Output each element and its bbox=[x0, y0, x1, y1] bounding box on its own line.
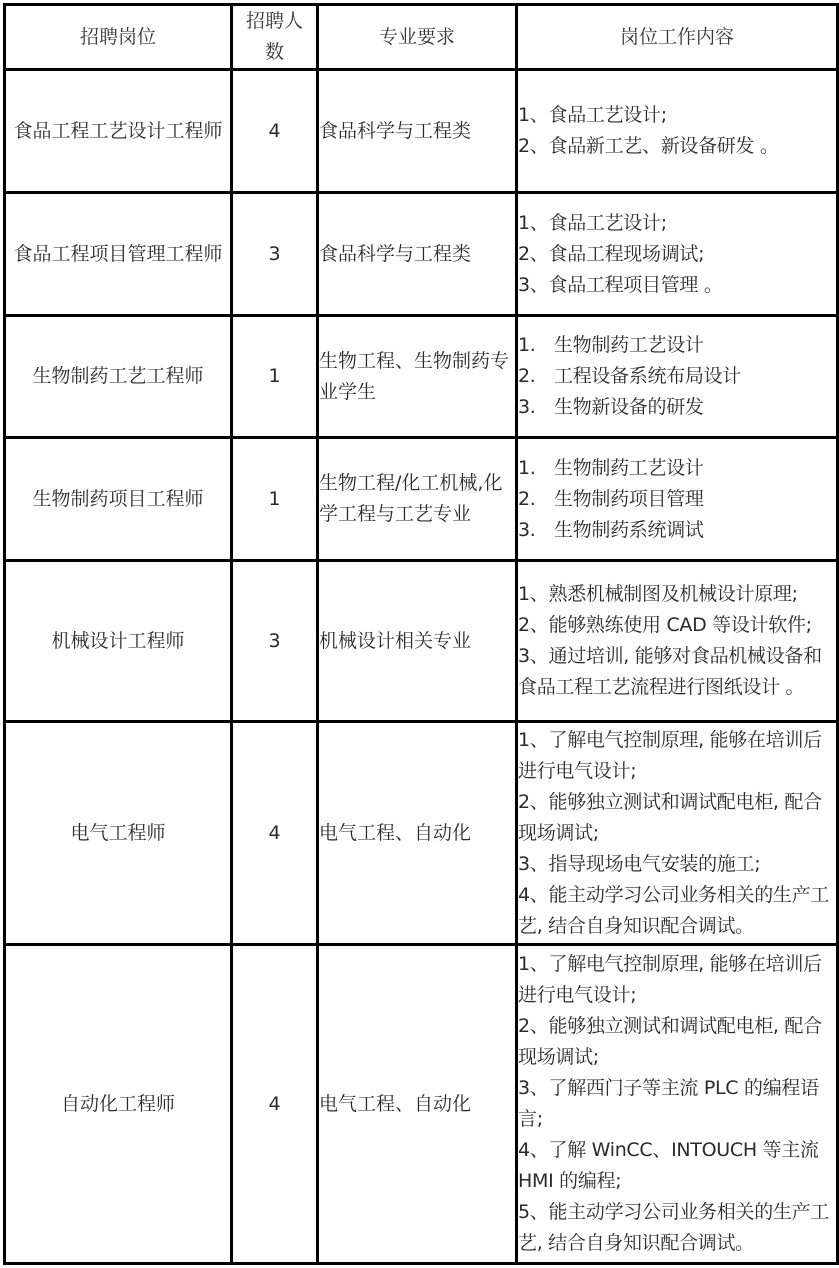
major-cell: 生物工程/化工机械,化学工程与工艺专业 bbox=[318, 438, 517, 561]
position-cell: 机械设计工程师 bbox=[5, 561, 232, 722]
table-row: 生物制药工艺工程师 1 生物工程、生物制药专业学生 1.生物制药工艺设计 2.工… bbox=[5, 316, 838, 438]
table-row: 机械设计工程师 3 机械设计相关专业 1、熟悉机械制图及机械设计原理; 2、能够… bbox=[5, 561, 838, 722]
header-duties: 岗位工作内容 bbox=[517, 5, 838, 70]
duty-text: 食品工艺设计; bbox=[549, 212, 667, 234]
duty-number: 2. bbox=[518, 484, 554, 515]
duty-number: 4、 bbox=[518, 880, 549, 911]
duty-text: 食品新工艺、新设备研发 。 bbox=[549, 135, 779, 157]
count-cell: 3 bbox=[232, 193, 318, 316]
table-row: 自动化工程师 4 电气工程、自动化 1、了解电气控制原理, 能够在培训后进行电气… bbox=[5, 945, 838, 1264]
duty-item: 3.生物新设备的研发 bbox=[518, 392, 836, 423]
duty-number: 3、 bbox=[518, 641, 549, 672]
duty-number: 3、 bbox=[518, 1073, 549, 1104]
header-position: 招聘岗位 bbox=[5, 5, 232, 70]
header-row: 招聘岗位 招聘人数 专业要求 岗位工作内容 bbox=[5, 5, 838, 70]
table-row: 电气工程师 4 电气工程、自动化 1、了解电气控制原理, 能够在培训后进行电气设… bbox=[5, 722, 838, 945]
duty-item: 2、能够熟练使用 CAD 等设计软件; bbox=[518, 610, 836, 641]
header-count-line1: 招聘人 bbox=[246, 10, 303, 32]
duty-item: 1.生物制药工艺设计 bbox=[518, 453, 836, 484]
duties-cell: 1.生物制药工艺设计 2.生物制药项目管理 3.生物制药系统调试 bbox=[517, 438, 838, 561]
position-cell: 生物制药项目工程师 bbox=[5, 438, 232, 561]
duty-number: 3、 bbox=[518, 849, 549, 880]
duty-text: 工程设备系统布局设计 bbox=[554, 365, 741, 387]
duty-item: 3、指导现场电气安装的施工; bbox=[518, 849, 836, 880]
duty-item: 2.工程设备系统布局设计 bbox=[518, 361, 836, 392]
duty-text: 食品工程项目管理 。 bbox=[549, 274, 723, 296]
duty-item: 5、能主动学习公司业务相关的生产工艺, 结合自身知识配合调试。 bbox=[518, 1197, 836, 1259]
header-major: 专业要求 bbox=[318, 5, 517, 70]
duties-cell: 1、熟悉机械制图及机械设计原理; 2、能够熟练使用 CAD 等设计软件; 3、通… bbox=[517, 561, 838, 722]
duty-text: 食品工艺设计; bbox=[549, 104, 667, 126]
duty-text: 能够独立测试和调试配电柜, 配合现场调试; bbox=[518, 791, 822, 844]
duty-item: 2、能够独立测试和调试配电柜, 配合现场调试; bbox=[518, 1011, 836, 1073]
duty-text: 能主动学习公司业务相关的生产工艺, 结合自身知识配合调试。 bbox=[518, 1201, 829, 1254]
duty-text: 能够熟练使用 CAD 等设计软件; bbox=[549, 614, 812, 636]
duties-cell: 1、了解电气控制原理, 能够在培训后进行电气设计; 2、能够独立测试和调试配电柜… bbox=[517, 945, 838, 1264]
major-cell: 电气工程、自动化 bbox=[318, 945, 517, 1264]
duty-number: 1. bbox=[518, 453, 554, 484]
major-cell: 食品科学与工程类 bbox=[318, 70, 517, 193]
duty-number: 3、 bbox=[518, 270, 549, 301]
duty-text: 生物制药项目管理 bbox=[554, 488, 704, 510]
duty-item: 1、食品工艺设计; bbox=[518, 208, 836, 239]
duty-text: 能主动学习公司业务相关的生产工艺, 结合自身知识配合调试。 bbox=[518, 884, 829, 937]
header-count-line2: 数 bbox=[265, 41, 284, 63]
count-cell: 1 bbox=[232, 438, 318, 561]
duty-number: 3. bbox=[518, 515, 554, 546]
duty-item: 2、食品新工艺、新设备研发 。 bbox=[518, 131, 836, 162]
duty-number: 2. bbox=[518, 361, 554, 392]
duties-cell: 1、了解电气控制原理, 能够在培训后进行电气设计; 2、能够独立测试和调试配电柜… bbox=[517, 722, 838, 945]
major-cell: 生物工程、生物制药专业学生 bbox=[318, 316, 517, 438]
duty-number: 2、 bbox=[518, 610, 549, 641]
duty-text: 生物制药工艺设计 bbox=[554, 334, 704, 356]
count-cell: 4 bbox=[232, 722, 318, 945]
position-cell: 电气工程师 bbox=[5, 722, 232, 945]
duty-item: 1、了解电气控制原理, 能够在培训后进行电气设计; bbox=[518, 949, 836, 1011]
duty-item: 1、了解电气控制原理, 能够在培训后进行电气设计; bbox=[518, 725, 836, 787]
table-row: 生物制药项目工程师 1 生物工程/化工机械,化学工程与工艺专业 1.生物制药工艺… bbox=[5, 438, 838, 561]
duty-number: 5、 bbox=[518, 1197, 549, 1228]
duty-item: 1.生物制药工艺设计 bbox=[518, 330, 836, 361]
duty-number: 2、 bbox=[518, 131, 549, 162]
header-count: 招聘人数 bbox=[232, 5, 318, 70]
duty-text: 了解电气控制原理, 能够在培训后进行电气设计; bbox=[518, 953, 822, 1006]
duty-number: 1. bbox=[518, 330, 554, 361]
count-cell: 3 bbox=[232, 561, 318, 722]
duty-number: 1、 bbox=[518, 100, 549, 131]
duty-text: 生物制药系统调试 bbox=[554, 519, 704, 541]
duty-item: 2、能够独立测试和调试配电柜, 配合现场调试; bbox=[518, 787, 836, 849]
duty-item: 3、了解西门子等主流 PLC 的编程语言; bbox=[518, 1073, 836, 1135]
duty-text: 通过培训, 能够对食品机械设备和食品工程工艺流程进行图纸设计 。 bbox=[518, 645, 822, 698]
duty-text: 了解西门子等主流 PLC 的编程语言; bbox=[518, 1077, 819, 1130]
duty-number: 1、 bbox=[518, 579, 549, 610]
duty-number: 1、 bbox=[518, 725, 549, 756]
duty-text: 指导现场电气安装的施工; bbox=[549, 853, 761, 875]
duties-cell: 1、食品工艺设计; 2、食品新工艺、新设备研发 。 bbox=[517, 70, 838, 193]
duty-item: 1、食品工艺设计; bbox=[518, 100, 836, 131]
duty-text: 食品工程现场调试; bbox=[549, 243, 705, 265]
duty-item: 1、熟悉机械制图及机械设计原理; bbox=[518, 579, 836, 610]
duty-number: 1、 bbox=[518, 208, 549, 239]
duty-number: 1、 bbox=[518, 949, 549, 980]
position-cell: 生物制药工艺工程师 bbox=[5, 316, 232, 438]
duty-text: 生物新设备的研发 bbox=[554, 396, 704, 418]
duty-item: 3、通过培训, 能够对食品机械设备和食品工程工艺流程进行图纸设计 。 bbox=[518, 641, 836, 703]
position-cell: 食品工程工艺设计工程师 bbox=[5, 70, 232, 193]
duty-text: 生物制药工艺设计 bbox=[554, 457, 704, 479]
duty-text: 了解电气控制原理, 能够在培训后进行电气设计; bbox=[518, 729, 822, 782]
table-row: 食品工程工艺设计工程师 4 食品科学与工程类 1、食品工艺设计; 2、食品新工艺… bbox=[5, 70, 838, 193]
duty-text: 了解 WinCC、INTOUCH 等主流 HMI 的编程; bbox=[518, 1139, 819, 1192]
position-cell: 食品工程项目管理工程师 bbox=[5, 193, 232, 316]
duty-item: 2、食品工程现场调试; bbox=[518, 239, 836, 270]
duty-item: 4、能主动学习公司业务相关的生产工艺, 结合自身知识配合调试。 bbox=[518, 880, 836, 942]
duty-text: 熟悉机械制图及机械设计原理; bbox=[549, 583, 798, 605]
duties-cell: 1、食品工艺设计; 2、食品工程现场调试; 3、食品工程项目管理 。 bbox=[517, 193, 838, 316]
count-cell: 1 bbox=[232, 316, 318, 438]
count-cell: 4 bbox=[232, 70, 318, 193]
duties-cell: 1.生物制药工艺设计 2.工程设备系统布局设计 3.生物新设备的研发 bbox=[517, 316, 838, 438]
table-row: 食品工程项目管理工程师 3 食品科学与工程类 1、食品工艺设计; 2、食品工程现… bbox=[5, 193, 838, 316]
major-cell: 电气工程、自动化 bbox=[318, 722, 517, 945]
duty-number: 2、 bbox=[518, 239, 549, 270]
duty-item: 3.生物制药系统调试 bbox=[518, 515, 836, 546]
duty-number: 2、 bbox=[518, 1011, 549, 1042]
duty-item: 4、了解 WinCC、INTOUCH 等主流 HMI 的编程; bbox=[518, 1135, 836, 1197]
duty-number: 4、 bbox=[518, 1135, 549, 1166]
duty-number: 2、 bbox=[518, 787, 549, 818]
position-cell: 自动化工程师 bbox=[5, 945, 232, 1264]
major-cell: 食品科学与工程类 bbox=[318, 193, 517, 316]
duty-item: 2.生物制药项目管理 bbox=[518, 484, 836, 515]
duty-number: 3. bbox=[518, 392, 554, 423]
duty-text: 能够独立测试和调试配电柜, 配合现场调试; bbox=[518, 1015, 822, 1068]
count-cell: 4 bbox=[232, 945, 318, 1264]
recruitment-table: 招聘岗位 招聘人数 专业要求 岗位工作内容 食品工程工艺设计工程师 4 食品科学… bbox=[3, 3, 839, 1265]
duty-item: 3、食品工程项目管理 。 bbox=[518, 270, 836, 301]
major-cell: 机械设计相关专业 bbox=[318, 561, 517, 722]
